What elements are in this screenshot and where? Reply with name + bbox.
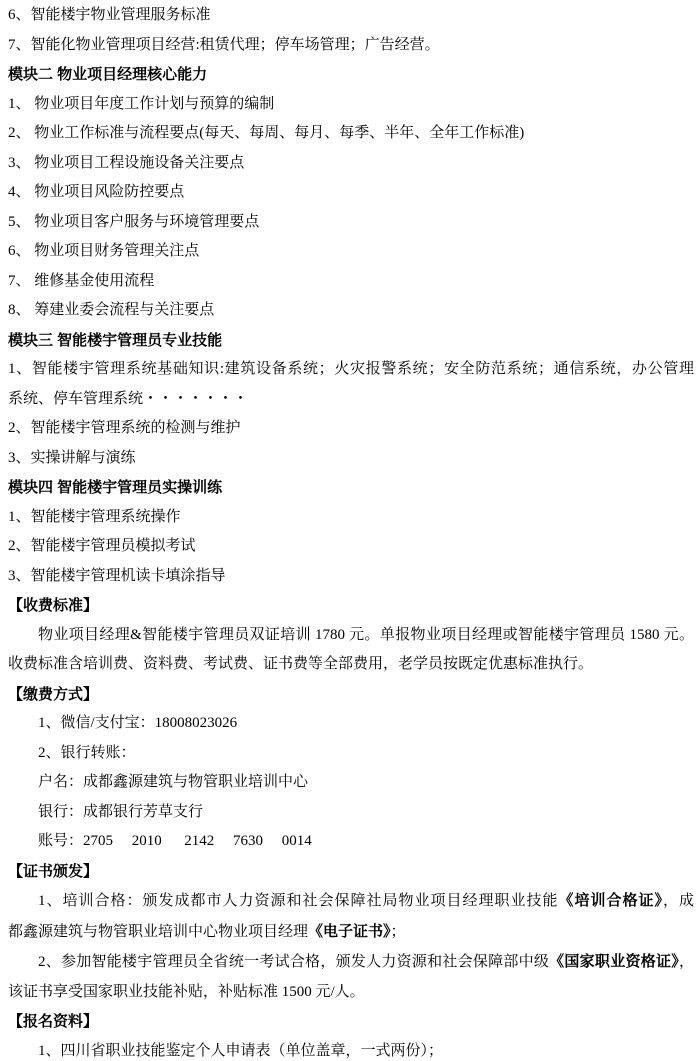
- module4-item-1: 1、智能楼宇管理系统操作: [8, 503, 694, 533]
- payment-account-name: 户名：成都鑫源建筑与物管职业培训中心: [8, 768, 694, 798]
- cert-item-2-line-2: 该证书享受国家职业技能补贴，补贴标准 1500 元/人。: [8, 978, 694, 1008]
- module2-item-5: 5、 物业项目客户服务与环境管理要点: [8, 208, 694, 238]
- cert-item-1-text-cont: 都鑫源建筑与物管职业培训中心物业项目经理: [8, 924, 308, 940]
- module3-item-1-line-2: 系统、停车管理系统・・・・・・・: [8, 385, 694, 415]
- cert-item-1-line-2: 都鑫源建筑与物管职业培训中心物业项目经理《电子证书》；: [8, 917, 694, 948]
- payment-account-number: 账号：2705 2010 2142 7630 0014: [8, 827, 694, 857]
- cert-item-1-text: 1、培训合格：颁发成都市人力资源和社会保障社局物业项目经理职业技能: [38, 893, 558, 909]
- payment-bank-name: 银行：成都银行芳草支行: [8, 798, 694, 828]
- module2-item-4: 4、 物业项目风险防控要点: [8, 178, 694, 208]
- module3-heading: 模块三 智能楼宇管理员专业技能: [8, 326, 694, 356]
- cert-item-1-text-tail: ，成: [663, 893, 694, 909]
- module2-heading: 模块二 物业项目经理核心能力: [8, 60, 694, 90]
- module2-item-3: 3、 物业项目工程设施设备关注要点: [8, 149, 694, 179]
- module3-item-3: 3、实操讲解与演练: [8, 444, 694, 474]
- module2-item-8: 8、 筹建业委会流程与关注要点: [8, 296, 694, 326]
- course-item-7: 7、智能化物业管理项目经营:租赁代理；停车场管理；广告经营。: [8, 31, 694, 61]
- registration-heading: 【报名资料】: [8, 1007, 694, 1037]
- cert-item-1-punct: ；: [391, 924, 406, 940]
- module3-item-1-line-1: 1、智能楼宇管理系统基础知识:建筑设备系统；火灾报警系统；安全防范系统；通信系统…: [8, 355, 694, 385]
- certificates-heading: 【证书颁发】: [8, 857, 694, 887]
- fees-heading: 【收费标准】: [8, 591, 694, 621]
- cert-item-1-e-certificate-title: 《电子证书》: [308, 923, 391, 940]
- module3-item-2: 2、智能楼宇管理系统的检测与维护: [8, 414, 694, 444]
- fees-body-line-1: 物业项目经理&智能楼宇管理员双证培训 1780 元。单报物业项目经理或智能楼宇管…: [8, 621, 694, 651]
- payment-heading: 【缴费方式】: [8, 680, 694, 710]
- course-item-6: 6、智能楼宇物业管理服务标准: [8, 1, 694, 31]
- fees-body-line-2: 收费标准含培训费、资料费、考试费、证书费等全部费用，老学员按既定优惠标准执行。: [8, 650, 694, 680]
- payment-item-bank-transfer: 2、银行转账：: [8, 739, 694, 769]
- module2-item-1: 1、 物业项目年度工作计划与预算的编制: [8, 90, 694, 120]
- module4-heading: 模块四 智能楼宇管理员实操训练: [8, 473, 694, 503]
- cert-item-2-punct: ，: [679, 954, 694, 970]
- cert-item-2-text: 2、参加智能楼宇管理员全省统一考试合格，颁发人力资源和社会保障部中级: [38, 954, 549, 970]
- module2-item-2: 2、 物业工作标准与流程要点(每天、每周、每月、每季、半年、全年工作标准): [8, 119, 694, 149]
- module4-item-2: 2、智能楼宇管理员模拟考试: [8, 532, 694, 562]
- module2-item-7: 7、 维修基金使用流程: [8, 267, 694, 297]
- cert-item-1-line-1: 1、培训合格：颁发成都市人力资源和社会保障社局物业项目经理职业技能《培训合格证》…: [8, 886, 694, 917]
- module4-item-3: 3、智能楼宇管理机读卡填涂指导: [8, 562, 694, 592]
- payment-item-wechat-alipay: 1、微信/支付宝：18008023026: [8, 709, 694, 739]
- cert-item-2-line-1: 2、参加智能楼宇管理员全省统一考试合格，颁发人力资源和社会保障部中级《国家职业资…: [8, 947, 694, 978]
- registration-item-1: 1、四川省职业技能鉴定个人申请表（单位盖章，一式两份）；: [8, 1037, 694, 1061]
- document-page: 6、智能楼宇物业管理服务标准 7、智能化物业管理项目经营:租赁代理；停车场管理；…: [0, 0, 700, 1061]
- cert-item-1-training-certificate-title: 《培训合格证》: [558, 892, 663, 909]
- module2-item-6: 6、 物业项目财务管理关注点: [8, 237, 694, 267]
- cert-item-2-national-certificate-title: 《国家职业资格证》: [549, 953, 679, 970]
